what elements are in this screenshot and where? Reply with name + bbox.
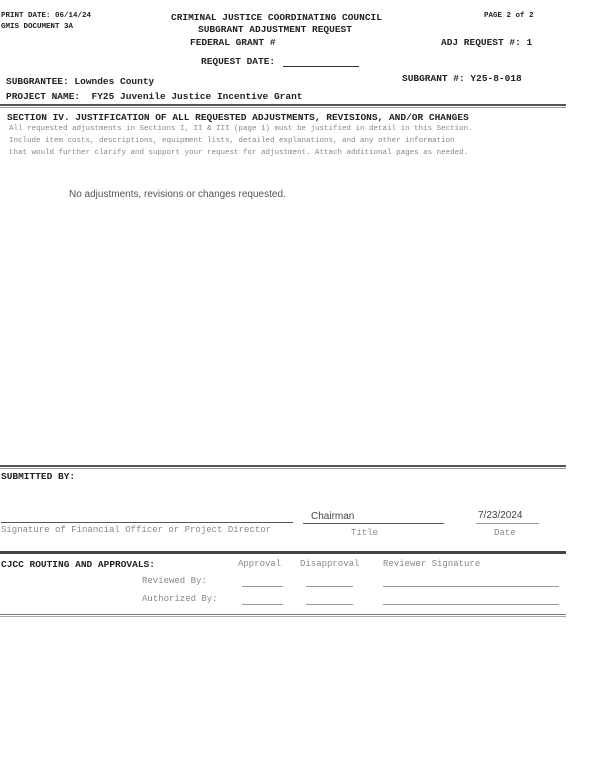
authorized-signature-field[interactable] [383, 604, 559, 605]
reviewed-by-label: Reviewed By: [142, 576, 207, 586]
document-id: GMIS DOCUMENT 3A [1, 23, 73, 31]
form-title: SUBGRANT ADJUSTMENT REQUEST [198, 24, 352, 35]
adj-request-label: ADJ REQUEST #: [441, 37, 521, 48]
reviewed-signature-field[interactable] [383, 586, 559, 587]
divider [0, 614, 566, 617]
page-number: PAGE 2 of 2 [484, 12, 534, 20]
print-date: PRINT DATE: 06/14/24 [1, 12, 91, 20]
signature-line[interactable] [1, 522, 293, 523]
subgrant-number-value: Y25-8-018 [470, 73, 521, 84]
divider [0, 465, 566, 469]
justification-text[interactable]: No adjustments, revisions or changes req… [69, 189, 286, 200]
subgrantee: SUBGRANTEE: Lowndes County [6, 76, 154, 87]
title-value[interactable]: Chairman [311, 511, 354, 522]
org-title: CRIMINAL JUSTICE COORDINATING COUNCIL [171, 12, 382, 23]
section-iv-title: SECTION IV. JUSTIFICATION OF ALL REQUEST… [7, 112, 469, 123]
instruction-line-1: All requested adjustments in Sections I,… [9, 125, 473, 133]
project-name-label: PROJECT NAME: [6, 91, 80, 102]
instruction-line-2: Include item costs, descriptions, equipm… [9, 137, 455, 145]
subgrant-number: SUBGRANT #: Y25-8-018 [402, 73, 522, 84]
date-caption: Date [494, 528, 516, 538]
subgrantee-label: SUBGRANTEE: [6, 76, 69, 87]
signature-caption: Signature of Financial Officer or Projec… [1, 525, 271, 535]
federal-grant-label: FEDERAL GRANT # [190, 37, 276, 48]
instruction-line-3: that would further clarify and support y… [9, 149, 468, 157]
request-date-label: REQUEST DATE: [201, 56, 275, 67]
reviewed-approval-field[interactable] [242, 586, 283, 587]
authorized-by-label: Authorized By: [142, 594, 218, 604]
submitted-by-label: SUBMITTED BY: [1, 471, 75, 482]
request-date-field[interactable] [283, 66, 359, 67]
date-value[interactable]: 7/23/2024 [478, 510, 523, 521]
subgrantee-value: Lowndes County [74, 76, 154, 87]
adj-request-number: ADJ REQUEST #: 1 [441, 37, 532, 48]
date-line [476, 523, 539, 524]
routing-label: CJCC ROUTING AND APPROVALS: [1, 559, 155, 570]
adj-request-value: 1 [527, 37, 533, 48]
divider [0, 104, 566, 108]
reviewed-disapproval-field[interactable] [306, 586, 353, 587]
authorized-disapproval-field[interactable] [306, 604, 353, 605]
title-caption: Title [351, 528, 378, 538]
title-line [303, 523, 444, 524]
subgrant-number-label: SUBGRANT #: [402, 73, 465, 84]
column-disapproval: Disapproval [300, 559, 359, 569]
authorized-approval-field[interactable] [242, 604, 283, 605]
column-approval: Approval [238, 559, 281, 569]
divider [0, 551, 566, 554]
column-reviewer-signature: Reviewer Signature [383, 559, 480, 569]
project-name-value: FY25 Juvenile Justice Incentive Grant [92, 91, 303, 102]
project-name: PROJECT NAME: FY25 Juvenile Justice Ince… [6, 91, 302, 102]
